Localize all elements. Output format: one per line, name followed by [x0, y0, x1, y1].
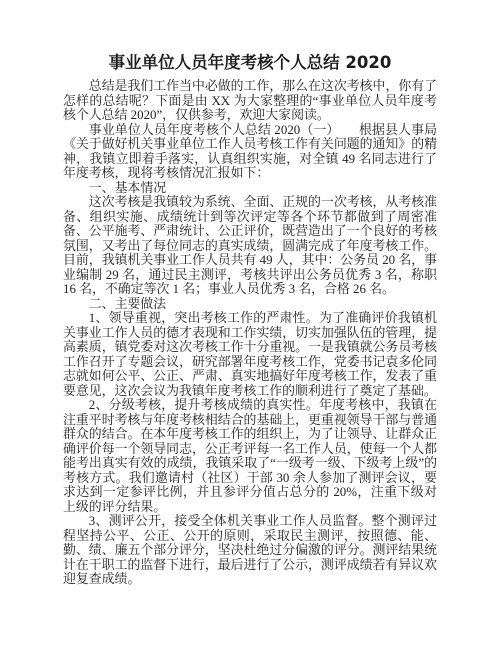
section-heading-basic-situation: 一、基本情况	[63, 181, 437, 196]
paragraph-intro: 总结是我们工作当中必做的工作，那么在这次考核中，你有了怎样的总结呢？下面是由 X…	[63, 79, 437, 123]
document-page: 事业单位人员年度考核个人总结 2020 总结是我们工作当中必做的工作，那么在这次…	[0, 0, 500, 647]
paragraph-practice-2-graded-assessment: 2、分级考核，提升考核成绩的真实性。年度考核中，我镇在注重平时考核与年度考核相结…	[63, 398, 437, 514]
paragraph-basic-situation: 这次考核是我镇较为系统、全面、正规的一次考核，从考核准备、组织实施、成绩统计到等…	[63, 195, 437, 297]
document-title: 事业单位人员年度考核个人总结 2020	[63, 52, 437, 74]
section-heading-main-practices: 二、主要做法	[63, 297, 437, 312]
paragraph-practice-3-open-evaluation: 3、测评公开，接受全体机关事业工作人员监督。整个测评过程坚持公平、公正、公开的原…	[63, 514, 437, 587]
paragraph-opening: 事业单位人员年度考核个人总结 2020（一） 根据县人事局《关于做好机关事业单位…	[63, 123, 437, 181]
paragraph-practice-1-leadership: 1、领导重视，突出考核工作的严肃性。为了准确评价我镇机关事业工作人员的德才表现和…	[63, 311, 437, 398]
